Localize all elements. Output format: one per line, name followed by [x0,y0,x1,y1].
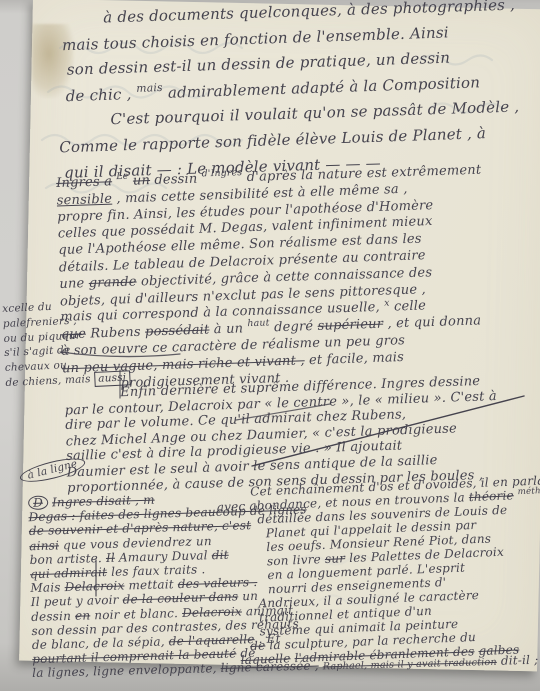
text-segment: supérieur [317,317,383,334]
text-segment: de [250,638,266,653]
paragraph-top: à des documents quelconques, à des photo… [55,0,540,189]
text-segment: celle [394,299,426,315]
text-segment: un [133,173,151,189]
text-segment: dit-il ; le contour [501,651,540,668]
text-segment: xcelle du [2,301,52,315]
text-segment: Mais [30,580,61,595]
text-segment: mais [136,81,163,95]
text-segment: Le [116,171,128,182]
text-segment: de chic , [65,85,131,105]
text-segment: une [59,276,85,292]
text-segment: dessin [31,608,71,623]
text-segment: en [75,608,91,622]
text-segment: x [384,297,390,308]
column-right-planet: Cet enchaînement d'os et d'ovoïdes, il e… [216,474,540,668]
text-segment: à un [214,321,244,337]
text-segment: ligne caressée , [220,658,318,675]
handwriting-layer: à des documents quelconques, à des photo… [0,0,540,691]
text-segment: haut [247,318,270,330]
text-segment: degré [274,319,314,335]
text-segment: bon artiste. [29,551,102,567]
text-segment: grande [89,274,137,290]
text-segment: , et qui donna [387,314,481,332]
text-segment: Il [106,550,115,564]
text-segment: méthode [517,485,540,497]
margin-note-palefrenier: xcelle dupalefreniers ,ou du piqueurs'il… [2,299,106,392]
text-segment: s'il s'agit de [4,344,71,359]
text-segment: sensible [57,191,113,208]
column-left-crossed-draft: D Ingres disait , mDegas : faites des li… [28,491,240,667]
text-segment: théorie [469,488,514,504]
text-segment: sur [325,551,346,566]
text-segment: Ingres a [56,174,112,191]
text-segment: D [28,495,48,510]
text-segment: palefreniers , [3,315,77,330]
text-segment: ou du piqueur [3,329,81,344]
text-segment: et facile, mais [309,350,405,368]
text-segment: dessin [154,172,198,188]
text-segment: possédait [145,323,210,340]
text-segment: ainsi [29,538,59,553]
text-segment: chevaux ou [5,359,68,374]
scanned-manuscript-scene: à des documents quelconques, à des photo… [0,0,540,691]
text-segment: d'Ingres [202,167,243,179]
paragraph-ingres-delacroix: Ingres a Le un dessin d'Ingres d'après l… [56,161,540,394]
text-segment: mettait [128,577,174,592]
text-segment: Raphael, mais il y avait traduction [323,657,497,673]
